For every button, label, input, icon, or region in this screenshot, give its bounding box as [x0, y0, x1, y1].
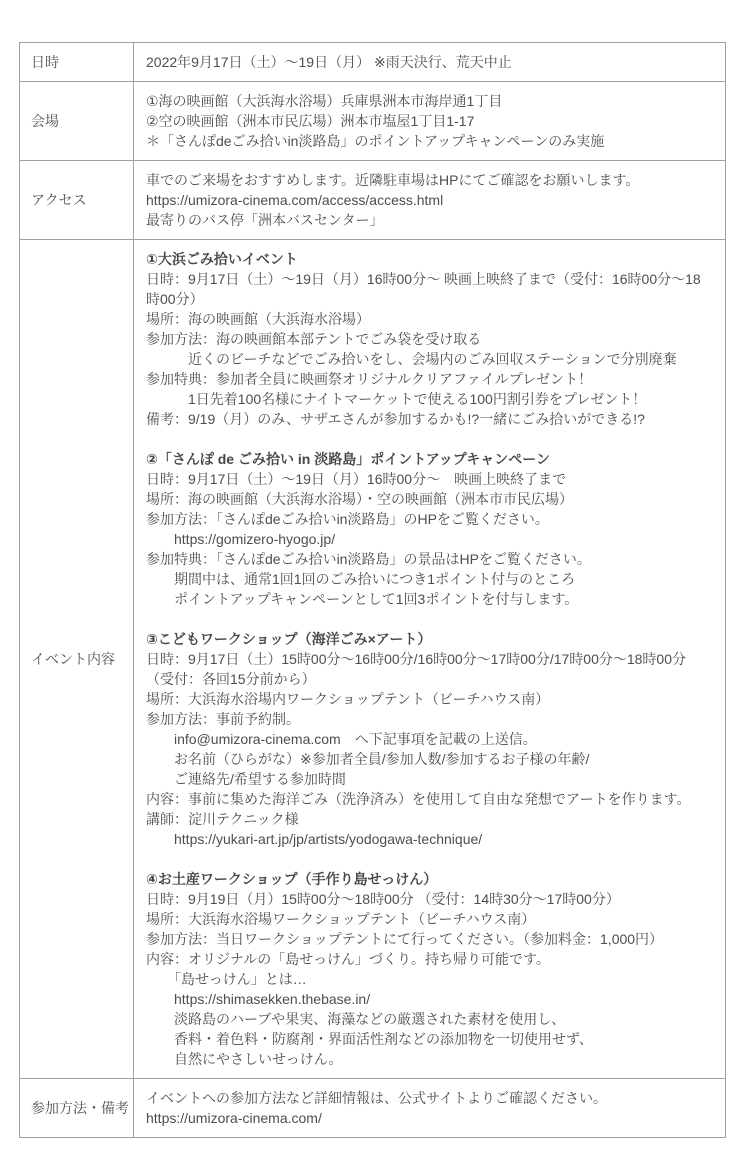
text-line: 参加特典：参加者全員に映画祭オリジナルクリアファイルプレゼント！	[146, 369, 713, 389]
table-row-event-details: イベント内容 ①大浜ごみ拾いイベント日時：9月17日（土）〜19日（月）16時0…	[20, 240, 726, 1079]
text-line: https://shimasekken.thebase.in/	[146, 989, 713, 1009]
section-heading: ④お土産ワークショップ（手作り島せっけん）	[146, 869, 713, 889]
text-line: 「島せっけん」とは…	[146, 969, 713, 989]
table-row-access: アクセス 車でのご来場をおすすめします。近隣駐車場はHPにてご確認をお願いします…	[20, 161, 726, 240]
row-content-event-details: ①大浜ごみ拾いイベント日時：9月17日（土）〜19日（月）16時00分〜 映画上…	[134, 240, 726, 1079]
text-line: info@umizora-cinema.com へ下記事項を記載の上送信。	[146, 729, 713, 749]
text-line: ご連絡先/希望する参加時間	[146, 769, 713, 789]
text-line: 参加方法：「さんぽdeごみ拾いin淡路島」のHPをご覧ください。	[146, 509, 713, 529]
text-line: ポイントアップキャンペーンとして1回3ポイントを付与します。	[146, 589, 713, 609]
text-line: https://umizora-cinema.com/	[146, 1108, 713, 1128]
text-line: 参加方法：海の映画館本部テントでごみ袋を受け取る	[146, 329, 713, 349]
text-line: 参加方法：事前予約制。	[146, 709, 713, 729]
event-section: ②「さんぽ de ごみ拾い in 淡路島」ポイントアップキャンペーン日時：9月1…	[146, 449, 713, 609]
text-line: 自然にやさしいせっけん。	[146, 1049, 713, 1069]
text-line: 場所：海の映画館（大浜海水浴場）・空の映画館（洲本市市民広場）	[146, 489, 713, 509]
text-line: 車でのご来場をおすすめします。近隣駐車場はHPにてご確認をお願いします。	[146, 170, 713, 190]
text-line: https://umizora-cinema.com/access/access…	[146, 190, 713, 210]
text-line: 内容：事前に集めた海洋ごみ（洗浄済み）を使用して自由な発想でアートを作ります。	[146, 789, 713, 809]
text-line: https://gomizero-hyogo.jp/	[146, 529, 713, 549]
event-info-page: 日時 2022年9月17日（土）〜19日（月） ※雨天決行、荒天中止 会場 ①海…	[0, 0, 740, 1168]
text-line: 日時：9月19日（月）15時00分〜18時00分 （受付：14時30分〜17時0…	[146, 889, 713, 909]
section-heading: ③こどもワークショップ（海洋ごみ×アート）	[146, 629, 713, 649]
row-label-participation-notes: 参加方法・備考	[20, 1079, 134, 1138]
text-line: 内容：オリジナルの「島せっけん」づくり。持ち帰り可能です。	[146, 949, 713, 969]
text-line: 備考：9/19（月）のみ、サザエさんが参加するかも!?一緒にごみ拾いができる!?	[146, 409, 713, 429]
text-line: 日時：9月17日（土）〜19日（月）16時00分〜 映画上映終了まで	[146, 469, 713, 489]
text-line: ＊「さんぽdeごみ拾いin淡路島」のポイントアップキャンペーンのみ実施	[146, 131, 713, 151]
text-line: ②空の映画館（洲本市民広場）洲本市塩屋1丁目1-17	[146, 111, 713, 131]
text-line: 最寄りのバス停「洲本バスセンター」	[146, 210, 713, 230]
text-line: 2022年9月17日（土）〜19日（月） ※雨天決行、荒天中止	[146, 52, 713, 72]
text-line: 参加方法：当日ワークショップテントにて行ってください。（参加料金：1,000円）	[146, 929, 713, 949]
text-line: 1日先着100名様にナイトマーケットで使える100円割引券をプレゼント！	[146, 389, 713, 409]
text-line: イベントへの参加方法など詳細情報は、公式サイトよりご確認ください。	[146, 1088, 713, 1108]
text-line: お名前（ひらがな）※参加者全員/参加人数/参加するお子様の年齢/	[146, 749, 713, 769]
row-content-datetime: 2022年9月17日（土）〜19日（月） ※雨天決行、荒天中止	[134, 43, 726, 82]
event-section: ④お土産ワークショップ（手作り島せっけん）日時：9月19日（月）15時00分〜1…	[146, 869, 713, 1069]
table-row-participation-notes: 参加方法・備考 イベントへの参加方法など詳細情報は、公式サイトよりご確認ください…	[20, 1079, 726, 1138]
text-line: 期間中は、通常1回1回のごみ拾いにつき1ポイント付与のところ	[146, 569, 713, 589]
text-line: 参加特典：「さんぽdeごみ拾いin淡路島」の景品はHPをご覧ください。	[146, 549, 713, 569]
event-section: ①大浜ごみ拾いイベント日時：9月17日（土）〜19日（月）16時00分〜 映画上…	[146, 249, 713, 429]
text-line: 場所：海の映画館（大浜海水浴場）	[146, 309, 713, 329]
text-line: 近くのビーチなどでごみ拾いをし、会場内のごみ回収ステーションで分別廃棄	[146, 349, 713, 369]
table-row-venue: 会場 ①海の映画館（大浜海水浴場）兵庫県洲本市海岸通1丁目②空の映画館（洲本市民…	[20, 82, 726, 161]
section-heading: ②「さんぽ de ごみ拾い in 淡路島」ポイントアップキャンペーン	[146, 449, 713, 469]
table-row-datetime: 日時 2022年9月17日（土）〜19日（月） ※雨天決行、荒天中止	[20, 43, 726, 82]
event-section: ③こどもワークショップ（海洋ごみ×アート）日時：9月17日（土）15時00分〜1…	[146, 629, 713, 849]
text-line: 場所：大浜海水浴場ワークショップテント（ビーチハウス南）	[146, 909, 713, 929]
text-line: https://yukari-art.jp/jp/artists/yodogaw…	[146, 829, 713, 849]
text-line: 香料・着色料・防腐剤・界面活性剤などの添加物を一切使用せず、	[146, 1029, 713, 1049]
row-label-event-details: イベント内容	[20, 240, 134, 1079]
event-info-table: 日時 2022年9月17日（土）〜19日（月） ※雨天決行、荒天中止 会場 ①海…	[19, 42, 726, 1138]
text-line: ①海の映画館（大浜海水浴場）兵庫県洲本市海岸通1丁目	[146, 91, 713, 111]
text-line: 日時：9月17日（土）15時00分〜16時00分/16時00分〜17時00分/1…	[146, 649, 713, 689]
row-content-access: 車でのご来場をおすすめします。近隣駐車場はHPにてご確認をお願いします。http…	[134, 161, 726, 240]
row-content-venue: ①海の映画館（大浜海水浴場）兵庫県洲本市海岸通1丁目②空の映画館（洲本市民広場）…	[134, 82, 726, 161]
row-content-participation-notes: イベントへの参加方法など詳細情報は、公式サイトよりご確認ください。https:/…	[134, 1079, 726, 1138]
text-line: 講師：淀川テクニック様	[146, 809, 713, 829]
text-line: 場所：大浜海水浴場内ワークショップテント（ビーチハウス南）	[146, 689, 713, 709]
row-label-venue: 会場	[20, 82, 134, 161]
text-line: 日時：9月17日（土）〜19日（月）16時00分〜 映画上映終了まで（受付：16…	[146, 269, 713, 309]
row-label-datetime: 日時	[20, 43, 134, 82]
section-heading: ①大浜ごみ拾いイベント	[146, 249, 713, 269]
text-line: 淡路島のハーブや果実、海藻などの厳選された素材を使用し、	[146, 1009, 713, 1029]
row-label-access: アクセス	[20, 161, 134, 240]
